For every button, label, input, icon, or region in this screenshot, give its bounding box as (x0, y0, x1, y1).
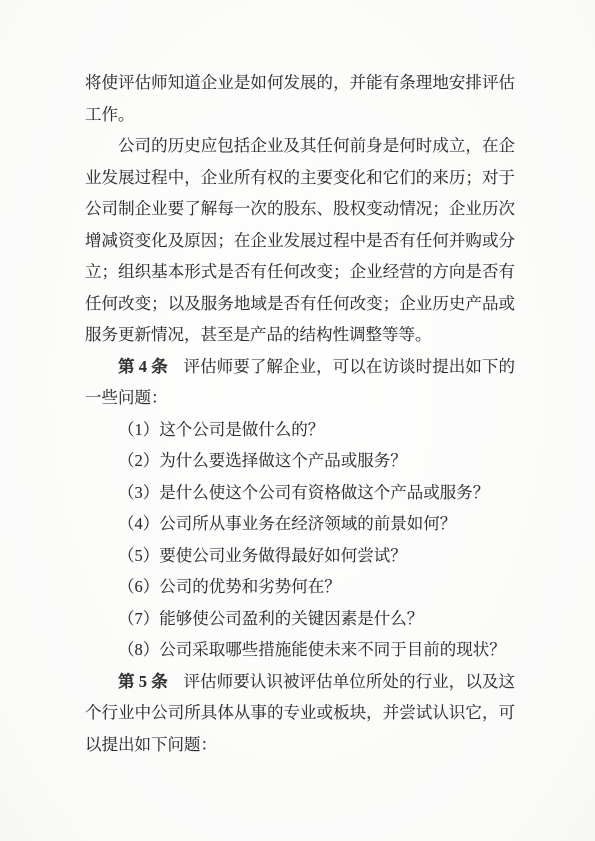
question-item-8: （8）公司采取哪些措施能使未来不同于目前的现状？ (85, 634, 515, 666)
question-item-6: （6）公司的优势和劣势何在？ (85, 571, 515, 603)
document-text-block: 将使评估师知道企业是如何发展的，并能有条理地安排评估工作。 公司的历史应包括企业… (85, 67, 515, 760)
article-5-number: 第 5 条 (118, 672, 168, 691)
question-item-1: （1）这个公司是做什么的？ (85, 414, 515, 446)
question-item-3: （3）是什么使这个公司有资格做这个产品或服务？ (85, 477, 515, 509)
article-4-number: 第 4 条 (118, 357, 168, 376)
scanned-document-page: 将使评估师知道企业是如何发展的，并能有条理地安排评估工作。 公司的历史应包括企业… (0, 0, 595, 841)
question-item-7: （7）能够使公司盈利的关键因素是什么？ (85, 603, 515, 635)
paragraph-article-5: 第 5 条评估师要认识被评估单位所处的行业，以及这个行业中公司所具体从事的专业或… (85, 666, 515, 761)
question-item-5: （5）要使公司业务做得最好如何尝试？ (85, 540, 515, 572)
question-item-2: （2）为什么要选择做这个产品或服务？ (85, 445, 515, 477)
paragraph-continuation: 将使评估师知道企业是如何发展的，并能有条理地安排评估工作。 (85, 67, 515, 130)
paragraph-article-4: 第 4 条评估师要了解企业，可以在访谈时提出如下的一些问题： (85, 351, 515, 414)
paragraph-company-history: 公司的历史应包括企业及其任何前身是何时成立，在企业发展过程中，企业所有权的主要变… (85, 130, 515, 351)
question-item-4: （4）公司所从事业务在经济领域的前景如何？ (85, 508, 515, 540)
